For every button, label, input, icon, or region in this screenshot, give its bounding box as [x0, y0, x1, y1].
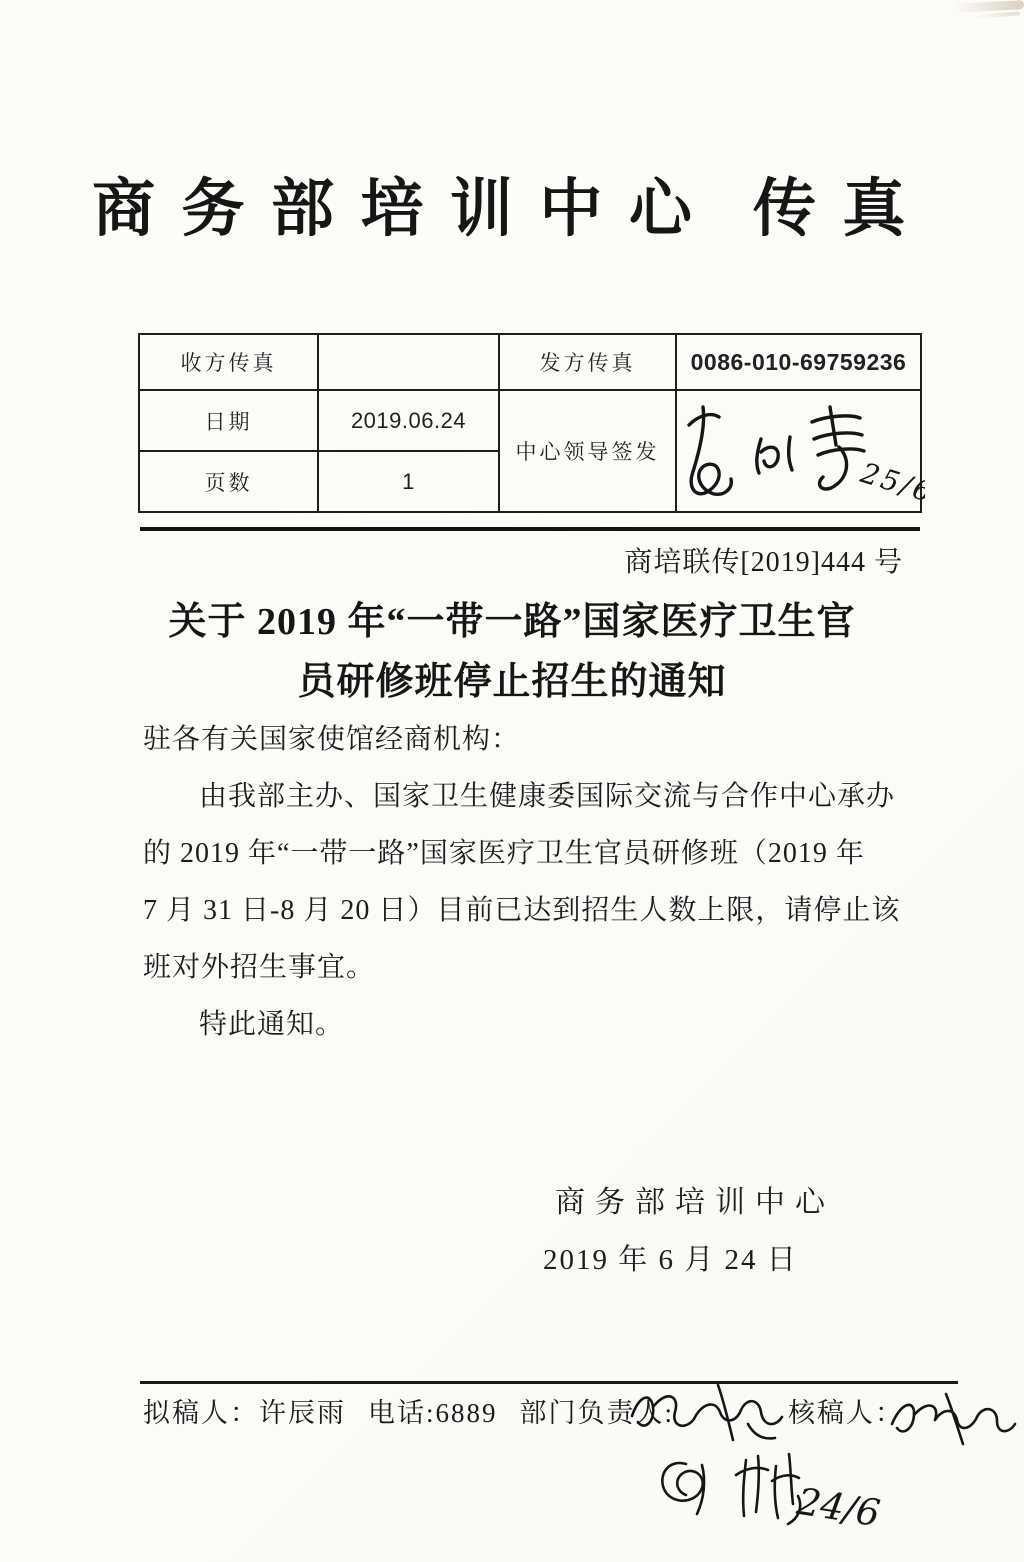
fax-info-table: 收方传真 发方传真 0086-010-69759236 日期 2019.06.2… — [138, 333, 922, 513]
doc-number: 商培联传[2019]444 号 — [624, 540, 903, 580]
leader-signature-cell: 25/6 — [677, 391, 920, 511]
reviewer-signature-icon — [884, 1384, 1022, 1450]
body-line: 班对外招生事宜。 — [143, 939, 903, 996]
date-value: 2019.06.24 — [319, 391, 500, 452]
footer-info-row: 拟稿人：许辰雨 电话:6889 部门负责人: — [143, 1391, 674, 1430]
notice-title-line1: 关于 2019 年“一带一路”国家医疗卫生官 — [0, 592, 1024, 652]
scan-smudge — [974, 11, 1020, 18]
date-label: 日期 — [140, 391, 319, 452]
footer-rule — [140, 1381, 958, 1384]
body-line: 7 月 31 日-8 月 20 日）目前已达到招生人数上限，请停止该 — [143, 882, 903, 939]
closing-date: 2019 年 6 月 24 日 — [543, 1237, 798, 1278]
footer-drafter: 拟稿人：许辰雨 — [143, 1391, 346, 1430]
leader-signature-icon: 25/6 — [673, 395, 925, 521]
sender-fax-value: 0086-010-69759236 — [677, 335, 920, 391]
notice-title-line2: 员研修班停止招生的通知 — [0, 652, 1024, 712]
closing-org: 商务部培训中心 — [555, 1177, 835, 1221]
letterhead: 商务部培训中心传真 — [0, 158, 1024, 249]
footer-phone: 电话:6889 — [368, 1391, 498, 1430]
pages-value: 1 — [319, 452, 500, 511]
body-line: 的 2019 年“一带一路”国家医疗卫生官员研修班（2019 年 — [143, 825, 903, 882]
dept-head-signature-icon — [626, 1378, 794, 1450]
leader-sign-label: 中心领导签发 — [500, 391, 677, 511]
header-rule — [140, 527, 920, 531]
sender-fax-label: 发方传真 — [500, 335, 677, 391]
handwritten-scribble-icon — [648, 1452, 720, 1524]
recipient-fax-label: 收方传真 — [140, 335, 319, 391]
letterhead-doc-type: 传真 — [753, 174, 932, 244]
recipient-fax-value — [319, 335, 500, 391]
fax-document-page: 商务部培训中心传真 收方传真 发方传真 0086-010-69759236 日期… — [0, 0, 1024, 1562]
body-closing-phrase: 特此通知。 — [143, 996, 903, 1053]
body-salutation: 驻各有关国家使馆经商机构： — [143, 711, 903, 768]
leader-signature-date: 25/6 — [856, 456, 925, 510]
notice-title: 关于 2019 年“一带一路”国家医疗卫生官 员研修班停止招生的通知 — [0, 592, 1024, 712]
pages-label: 页数 — [140, 452, 319, 511]
notice-body: 驻各有关国家使馆经商机构： 由我部主办、国家卫生健康委国际交流与合作中心承办 的… — [143, 711, 903, 1053]
letterhead-org-title: 商务部培训中心 — [92, 174, 718, 244]
body-line: 由我部主办、国家卫生健康委国际交流与合作中心承办 — [143, 768, 903, 825]
